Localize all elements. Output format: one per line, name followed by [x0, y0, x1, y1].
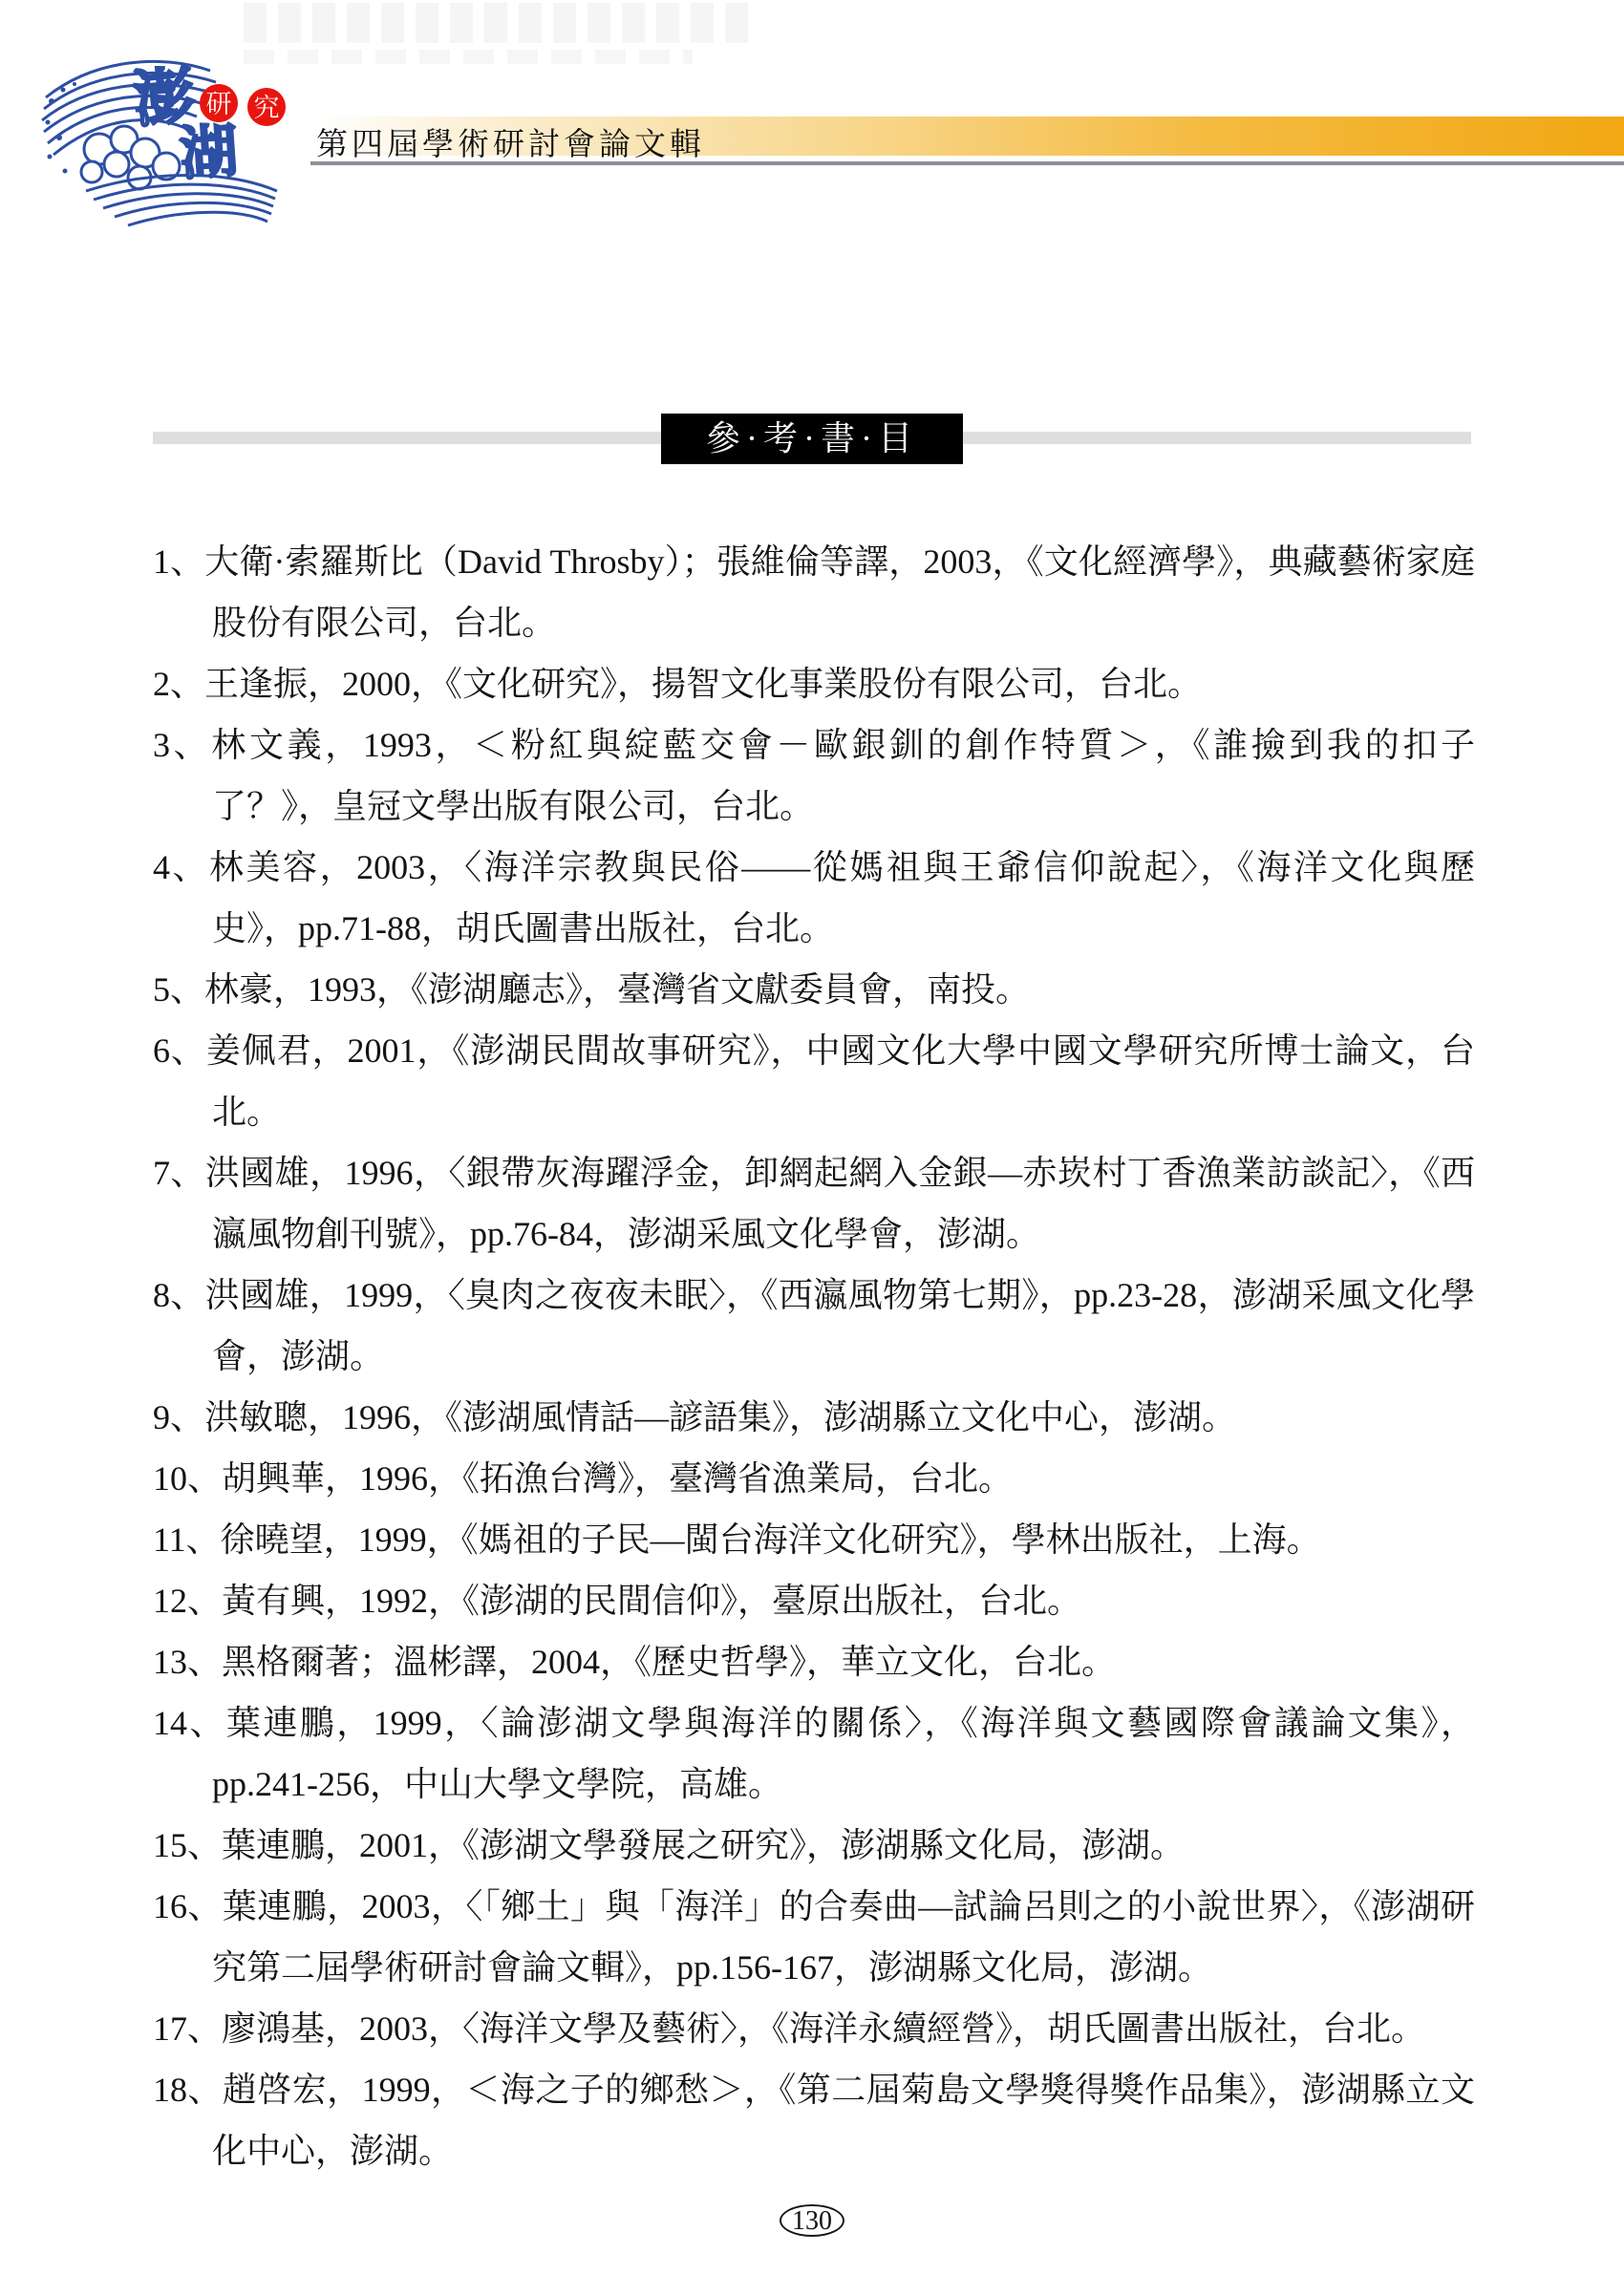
reference-entry: 15、葉連鵬，2001，《澎湖文學發展之研究》，澎湖縣文化局，澎湖。	[153, 1815, 1475, 1876]
reference-list: 1、大衛·索羅斯比（David Throsby）；張維倫等譯，2003，《文化經…	[153, 531, 1475, 2181]
reference-entry: 2、王逢振，2000，《文化研究》，揚智文化事業股份有限公司，台北。	[153, 653, 1475, 714]
reference-entry: 7、洪國雄，1996，〈銀帶灰海躍浮金，卸網起網入金銀—赤崁村丁香漁業訪談記〉，…	[153, 1142, 1475, 1265]
page-bleed-artifact	[244, 3, 759, 43]
reference-entry: 1、大衛·索羅斯比（David Throsby）；張維倫等譯，2003，《文化經…	[153, 531, 1475, 653]
reference-entry: 4、林美容，2003，〈海洋宗教與民俗——從媽祖與王爺信仰說起〉，《海洋文化與歷…	[153, 837, 1475, 959]
reference-entry: 9、洪敏聰，1996，《澎湖風情話—諺語集》，澎湖縣立文化中心，澎湖。	[153, 1387, 1475, 1448]
reference-entry: 17、廖鴻基，2003，〈海洋文學及藝術〉，《海洋永續經營》，胡氏圖書出版社，台…	[153, 1998, 1475, 2059]
penghu-research-logo: 澎 湖 研 究	[36, 42, 315, 237]
reference-entry: 6、姜佩君，2001，《澎湖民間故事研究》，中國文化大學中國文學研究所博士論文，…	[153, 1020, 1475, 1142]
section-title: 參·考·書·目	[661, 414, 963, 464]
header-divider	[310, 161, 1624, 165]
seal-char-yan: 研	[206, 90, 232, 118]
logo-seal-right: 究	[247, 88, 286, 126]
reference-entry: 10、胡興華，1996，《拓漁台灣》，臺灣省漁業局，台北。	[153, 1448, 1475, 1509]
header-banner: 第四屆學術研討會論文輯	[310, 117, 1624, 156]
page-number-badge: 130	[780, 2204, 844, 2237]
reference-entry: 11、徐曉望，1999，《媽祖的子民—閩台海洋文化研究》，學林出版社，上海。	[153, 1509, 1475, 1570]
reference-entry: 12、黃有興，1992，《澎湖的民間信仰》，臺原出版社，台北。	[153, 1570, 1475, 1631]
logo-char-hu: 湖	[178, 119, 239, 186]
reference-entry: 16、葉連鵬，2003，〈「鄉土」與「海洋」的合奏曲—試論呂則之的小說世界〉，《…	[153, 1876, 1475, 1998]
reference-entry: 18、趙啓宏，1999，＜海之子的鄉愁＞，《第二屆菊島文學獎得獎作品集》，澎湖縣…	[153, 2059, 1475, 2181]
proceedings-title: 第四屆學術研討會論文輯	[310, 117, 1624, 164]
wave-art: 澎 湖 研 究	[36, 42, 315, 237]
reference-entry: 8、洪國雄，1999，〈臭肉之夜夜未眠〉，《西瀛風物第七期》，pp.23-28，…	[153, 1265, 1475, 1387]
reference-entry: 3、林文義，1993，＜粉紅與綻藍交會－歐銀釧的創作特質＞，《誰撿到我的扣子了？…	[153, 714, 1475, 837]
reference-entry: 5、林豪，1993，《澎湖廳志》，臺灣省文獻委員會，南投。	[153, 959, 1475, 1020]
logo-seal-left: 研	[200, 84, 238, 122]
seal-char-jiu: 究	[254, 94, 280, 122]
reference-entry: 13、黑格爾著；溫彬譯，2004，《歷史哲學》，華立文化，台北。	[153, 1631, 1475, 1692]
reference-entry: 14、葉連鵬，1999，〈論澎湖文學與海洋的關係〉，《海洋與文藝國際會議論文集》…	[153, 1692, 1475, 1815]
